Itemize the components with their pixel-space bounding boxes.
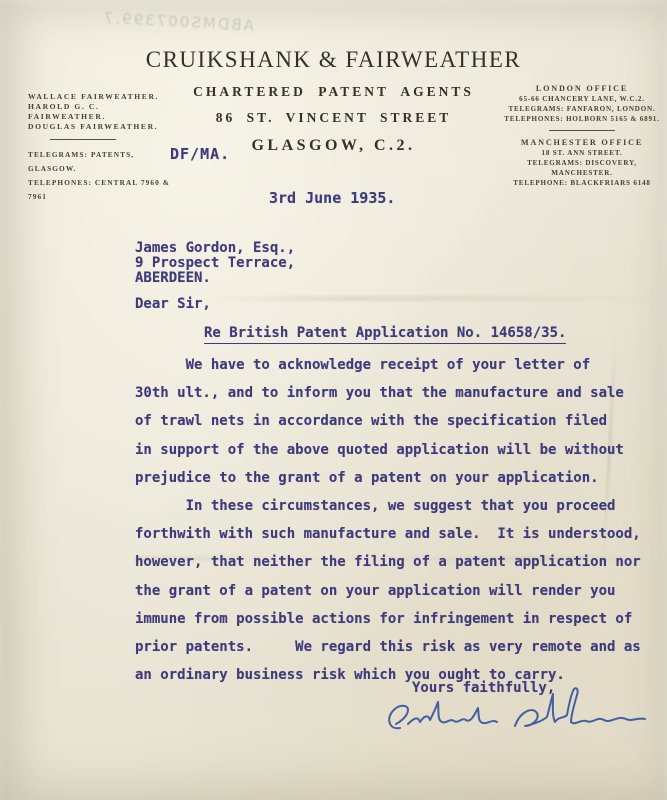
letter-body: We have to acknowledge receipt of your l… [135, 351, 655, 689]
body-line: however, that neither the filing of a pa… [135, 548, 655, 576]
recipient-line: James Gordon, Esq., [135, 241, 295, 256]
manchester-office-telephone: TELEPHONE: BLACKFRIARS 6148 [503, 178, 661, 188]
london-office-address: 65-66 CHANCERY LANE, W.C.2. [503, 94, 661, 104]
salutation: Dear Sir, [135, 296, 211, 312]
contact-line: TELEPHONES: CENTRAL 7960 & 7961 [28, 176, 178, 204]
manchester-office-telegrams: TELEGRAMS: DISCOVERY, MANCHESTER. [503, 158, 661, 178]
partner-name: DOUGLAS FAIRWEATHER. [28, 122, 178, 132]
body-line: the grant of a patent on your applicatio… [135, 577, 655, 605]
london-office-telegrams: TELEGRAMS: FANFARON, LONDON. [503, 104, 661, 114]
offices-block: LONDON OFFICE 65-66 CHANCERY LANE, W.C.2… [503, 83, 661, 188]
manchester-office-title: MANCHESTER OFFICE [503, 137, 661, 148]
divider-rule [50, 139, 116, 140]
firm-name: CRUIKSHANK & FAIRWEATHER [0, 47, 667, 73]
body-line: prejudice to the grant of a patent on yo… [135, 464, 655, 492]
partner-name: HAROLD G. C. FAIRWEATHER. [28, 102, 178, 122]
recipient-line: ABERDEEN. [135, 271, 295, 286]
body-line: We have to acknowledge receipt of your l… [135, 351, 655, 379]
body-line: immune from possible actions for infring… [135, 605, 655, 633]
london-office-title: LONDON OFFICE [503, 83, 661, 94]
manchester-office-address: 18 ST. ANN STREET. [503, 148, 661, 158]
mirrored-archive-note: ABDMS007399.7 [74, 7, 255, 34]
body-line: In these circumstances, we suggest that … [135, 492, 655, 520]
body-line: forthwith with such manufacture and sale… [135, 520, 655, 548]
letter-page: ABDMS007399.7 CRUIKSHANK & FAIRWEATHER C… [0, 0, 667, 800]
partner-names: WALLACE FAIRWEATHER.HAROLD G. C. FAIRWEA… [28, 92, 178, 132]
body-line: prior patents. We regard this risk as ve… [135, 633, 655, 661]
london-office: LONDON OFFICE 65-66 CHANCERY LANE, W.C.2… [503, 83, 661, 124]
reference-initials: DF/MA. [170, 145, 230, 163]
partners-block: WALLACE FAIRWEATHER.HAROLD G. C. FAIRWEA… [28, 92, 178, 204]
letter-date: 3rd June 1935. [269, 189, 395, 207]
body-line: in support of the above quoted applicati… [135, 436, 655, 464]
signature-handwriting [382, 686, 650, 748]
london-office-telephones: TELEPHONES: HOLBORN 5165 & 6891. [503, 114, 661, 124]
manchester-office: MANCHESTER OFFICE 18 ST. ANN STREET. TEL… [503, 137, 661, 188]
body-line: of trawl nets in accordance with the spe… [135, 407, 655, 435]
recipient-address: James Gordon, Esq.,9 Prospect Terrace,AB… [135, 241, 295, 286]
bleed-through-streak [200, 296, 660, 301]
partner-name: WALLACE FAIRWEATHER. [28, 92, 178, 102]
body-line: 30th ult., and to inform you that the ma… [135, 379, 655, 407]
glasgow-contact: TELEGRAMS: PATENTS, GLASGOW.TELEPHONES: … [28, 148, 178, 204]
contact-line: TELEGRAMS: PATENTS, GLASGOW. [28, 148, 178, 176]
subject-line: Re British Patent Application No. 14658/… [204, 325, 566, 344]
recipient-line: 9 Prospect Terrace, [135, 256, 295, 271]
divider-rule [549, 130, 615, 131]
